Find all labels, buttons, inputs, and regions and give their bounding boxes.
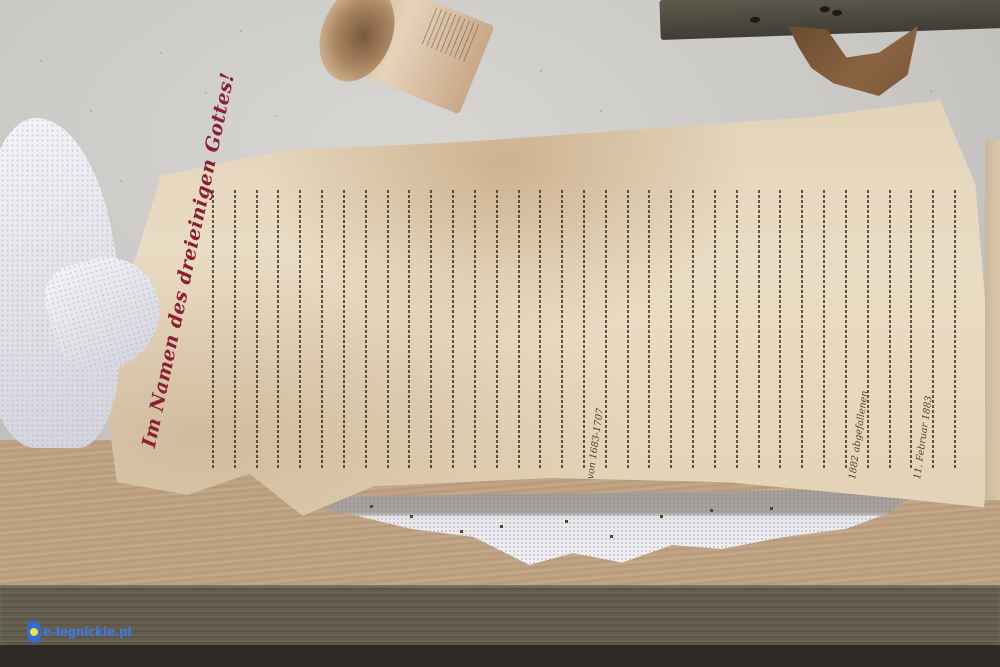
text-line <box>771 180 789 480</box>
region-map-logo-icon <box>27 621 41 643</box>
text-line <box>727 180 745 480</box>
floor-shadow <box>0 645 1000 667</box>
text-line <box>443 180 461 480</box>
text-line <box>836 180 854 480</box>
text-line <box>378 180 396 480</box>
text-line <box>902 180 920 480</box>
wood-hole <box>750 17 760 23</box>
speck <box>90 110 92 112</box>
date-fragment: 1882 abgefallenen <box>847 461 860 480</box>
speck <box>540 70 542 72</box>
text-line <box>203 180 221 480</box>
text-line <box>487 180 505 480</box>
lace-dot <box>460 530 463 533</box>
lace-dot <box>565 520 568 523</box>
date-fragment: 11. Februar 1883 <box>912 461 925 480</box>
text-line <box>509 180 527 480</box>
speck <box>40 60 42 62</box>
lace-dot <box>610 535 613 538</box>
watermark: e-legnickie.pl <box>27 621 131 643</box>
speck <box>160 52 162 54</box>
watermark-text: e-legnickie.pl <box>43 625 131 639</box>
text-line <box>814 180 832 480</box>
text-line <box>268 180 286 480</box>
speck <box>930 90 932 92</box>
text-line <box>465 180 483 480</box>
text-line <box>399 180 417 480</box>
table-edge <box>0 585 1000 645</box>
text-line <box>749 180 767 480</box>
text-line <box>421 180 439 480</box>
text-line <box>530 180 548 480</box>
curled-paper-edge <box>985 140 1000 500</box>
speck <box>205 92 207 94</box>
text-line <box>225 180 243 480</box>
text-line-date: von 1683-1707 <box>596 180 614 480</box>
speck <box>240 30 242 32</box>
text-line <box>661 180 679 480</box>
text-line <box>574 180 592 480</box>
lace-dot <box>500 525 503 528</box>
wood-hole <box>820 6 830 12</box>
text-line <box>640 180 658 480</box>
text-line <box>356 180 374 480</box>
wood-hole <box>832 10 842 16</box>
text-line <box>683 180 701 480</box>
manuscript-scroll: Im Namen des dreieinigen Gottes! von 168… <box>108 100 993 520</box>
handwritten-text-block: von 1683-1707 1882 abgefallenen 11. Febr… <box>203 180 963 480</box>
text-line <box>334 180 352 480</box>
text-line <box>618 180 636 480</box>
text-line <box>792 180 810 480</box>
white-cotton-glove <box>0 118 170 463</box>
text-line <box>552 180 570 480</box>
text-line <box>880 180 898 480</box>
date-fragment: von 1683-1707 <box>585 461 598 480</box>
text-line <box>705 180 723 480</box>
text-line <box>290 180 308 480</box>
text-line-date: 11. Februar 1883 <box>923 180 941 480</box>
text-line <box>945 180 963 480</box>
text-line <box>312 180 330 480</box>
text-line <box>247 180 265 480</box>
photo-scene: Im Namen des dreieinigen Gottes! von 168… <box>0 0 1000 667</box>
text-line-date: 1882 abgefallenen <box>858 180 876 480</box>
